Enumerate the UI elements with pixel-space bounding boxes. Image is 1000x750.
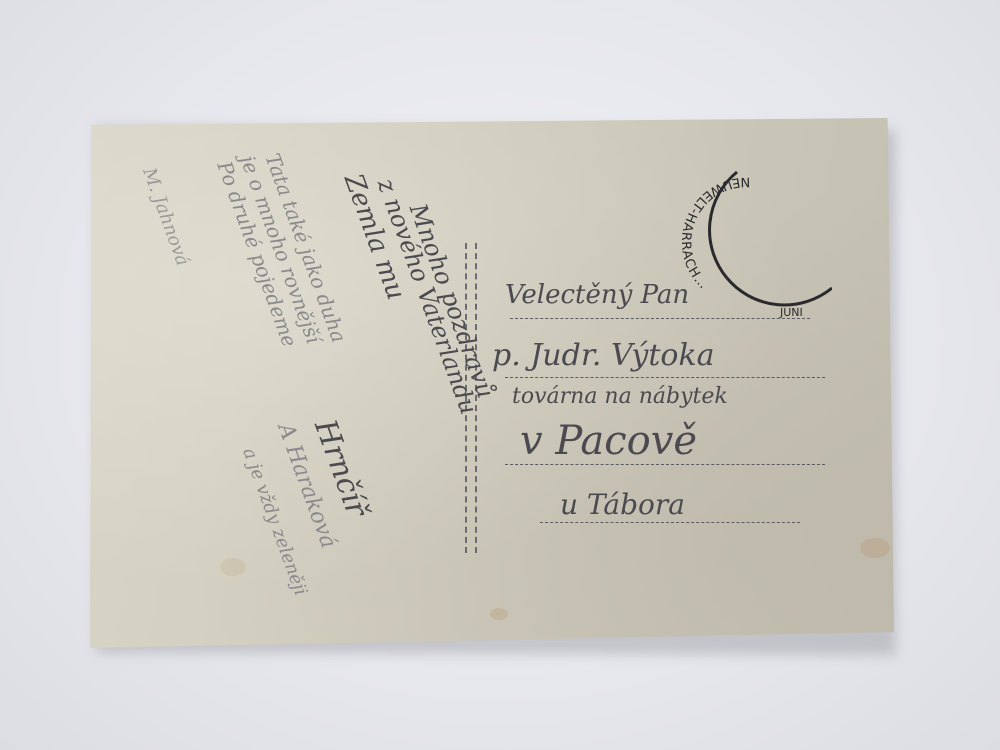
postmark-text: NEUWELT-HARRACH… — [682, 174, 750, 293]
address-line — [540, 522, 800, 523]
address-line — [505, 377, 825, 378]
svg-text:NEUWELT-HARRACH…: NEUWELT-HARRACH… — [682, 174, 750, 293]
age-stain — [220, 558, 246, 576]
address-line-5: u Tábora — [560, 488, 685, 521]
address-line-2: p. Judr. Výtoka — [492, 338, 715, 373]
address-line-4: v Pacově — [520, 418, 697, 464]
age-stain — [860, 538, 890, 558]
postmark-date: JUNI — [779, 306, 803, 318]
address-line — [510, 318, 810, 319]
address-line-1: Velectěný Pan — [505, 280, 689, 310]
address-line — [505, 464, 825, 465]
postmark-stamp-icon: NEUWELT-HARRACH… JUNI — [682, 168, 832, 318]
age-stain — [490, 608, 508, 620]
address-line-3: továrna na nábytek — [512, 384, 728, 409]
